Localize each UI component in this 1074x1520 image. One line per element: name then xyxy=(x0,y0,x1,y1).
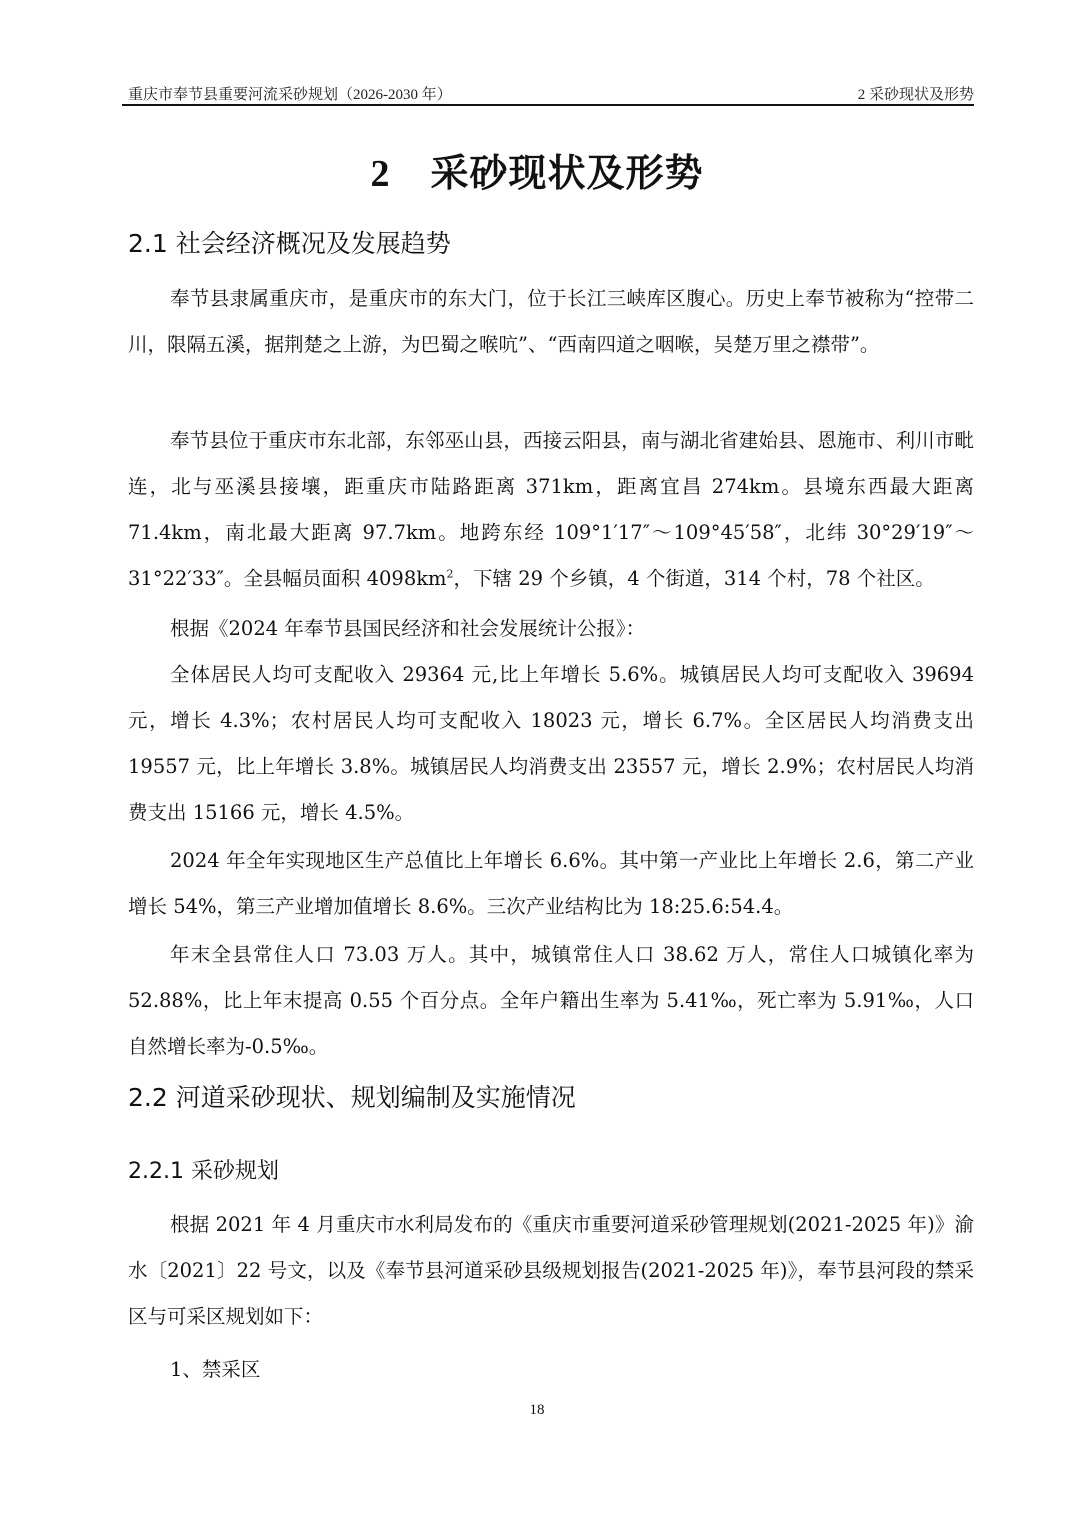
page-number: 18 xyxy=(0,1402,1074,1419)
chapter-name: 采砂现状及形势 xyxy=(430,151,703,195)
paragraph-history: 奉节县隶属重庆市，是重庆市的东大门，位于长江三峡库区腹心。历史上奉节被称为“控带… xyxy=(128,276,974,368)
header-divider xyxy=(122,104,974,106)
paragraph-income: 全体居民人均可支配收入 29364 元,比上年增长 5.6%。城镇居民人均可支配… xyxy=(128,652,974,836)
list-item-prohibited-zone: 1、禁采区 xyxy=(170,1354,260,1382)
chapter-number: 2 xyxy=(370,153,390,195)
geography-text-cont: ，下辖 29 个乡镇，4 个街道，314 个村，78 个社区。 xyxy=(454,567,935,590)
section-heading-2-2: 2.2 河道采砂现状、规划编制及实施情况 xyxy=(128,1078,576,1114)
paragraph-population: 年末全县常住人口 73.03 万人。其中，城镇常住人口 38.62 万人，常住人… xyxy=(128,932,974,1070)
superscript: 2 xyxy=(447,568,454,581)
paragraph-gdp: 2024 年全年实现地区生产总值比上年增长 6.6%。其中第一产业比上年增长 2… xyxy=(128,838,974,930)
paragraph-source: 根据《2024 年奉节县国民经济和社会发展统计公报》： xyxy=(128,606,974,652)
header-document-title: 重庆市奉节县重要河流采砂规划（2026-2030 年） xyxy=(128,83,452,104)
paragraph-geography: 奉节县位于重庆市东北部，东邻巫山县，西接云阳县，南与湖北省建始县、恩施市、利川市… xyxy=(128,418,974,602)
section-heading-2-1: 2.1 社会经济概况及发展趋势 xyxy=(128,224,451,260)
chapter-title: 2采砂现状及形势 xyxy=(0,142,1074,197)
page-header: 重庆市奉节县重要河流采砂规划（2026-2030 年） 2 采砂现状及形势 xyxy=(128,78,974,104)
header-chapter-title: 2 采砂现状及形势 xyxy=(858,83,974,104)
section-heading-2-2-1: 2.2.1 采砂规划 xyxy=(128,1154,279,1185)
paragraph-planning-basis: 根据 2021 年 4 月重庆市水利局发布的《重庆市重要河道采砂管理规划(202… xyxy=(128,1202,974,1340)
geography-text: 奉节县位于重庆市东北部，东邻巫山县，西接云阳县，南与湖北省建始县、恩施市、利川市… xyxy=(128,429,974,590)
